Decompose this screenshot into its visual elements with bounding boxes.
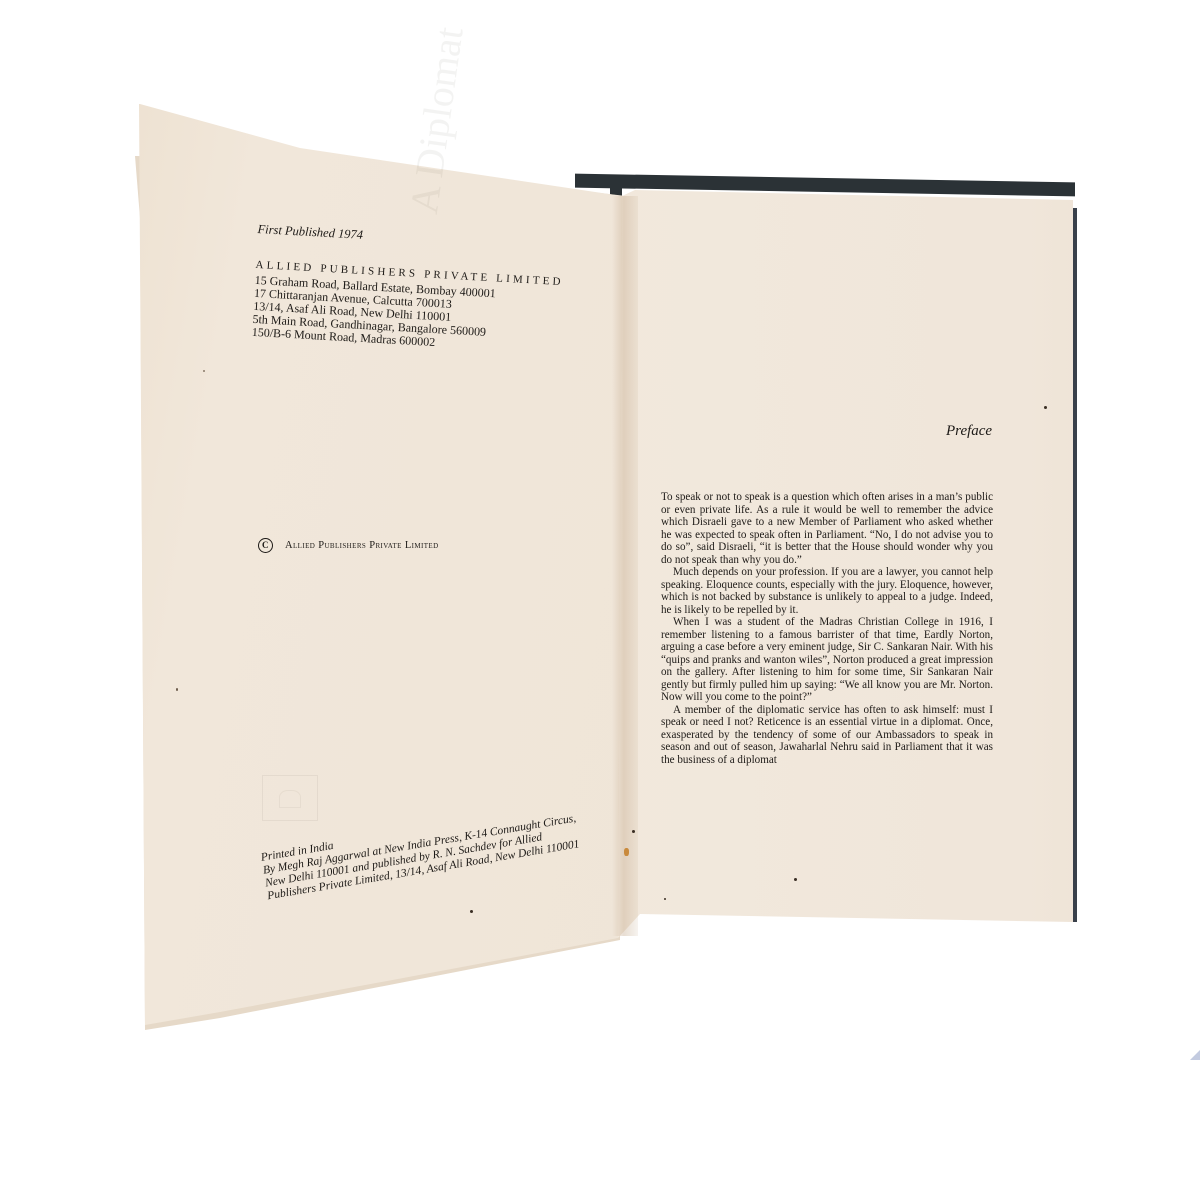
copyright-holder: Allied Publishers Private Limited bbox=[285, 540, 439, 551]
paper-speck bbox=[1044, 406, 1047, 409]
paper-stain bbox=[624, 848, 629, 856]
paper-speck bbox=[470, 910, 473, 913]
preface-paragraph: When I was a student of the Madras Chris… bbox=[661, 616, 993, 704]
paper-speck bbox=[664, 898, 666, 900]
publisher-block: First Published 1974 ALLIED PUBLISHERS P… bbox=[251, 222, 597, 358]
paper-speck bbox=[632, 830, 635, 833]
preface-paragraph: Much depends on your profession. If you … bbox=[661, 566, 993, 616]
preface-body: To speak or not to speak is a question w… bbox=[661, 491, 993, 766]
preface-heading: Preface bbox=[946, 423, 992, 440]
publisher-logo-icon bbox=[262, 775, 318, 821]
preface-paragraph: To speak or not to speak is a question w… bbox=[661, 491, 993, 566]
book-gutter bbox=[612, 196, 638, 936]
paper-speck bbox=[176, 688, 178, 691]
copyright-notice: CAllied Publishers Private Limited bbox=[258, 538, 439, 553]
copyright-icon: C bbox=[258, 538, 273, 553]
book-cover-right-edge bbox=[1073, 208, 1077, 922]
corner-artifact bbox=[1190, 1050, 1200, 1060]
paper-speck bbox=[794, 878, 797, 881]
paper-speck bbox=[203, 370, 205, 372]
preface-paragraph: A member of the diplomatic service has o… bbox=[661, 704, 993, 767]
open-book-photo: A Diplomat First Published 1974 ALLIED P… bbox=[0, 0, 1200, 1200]
